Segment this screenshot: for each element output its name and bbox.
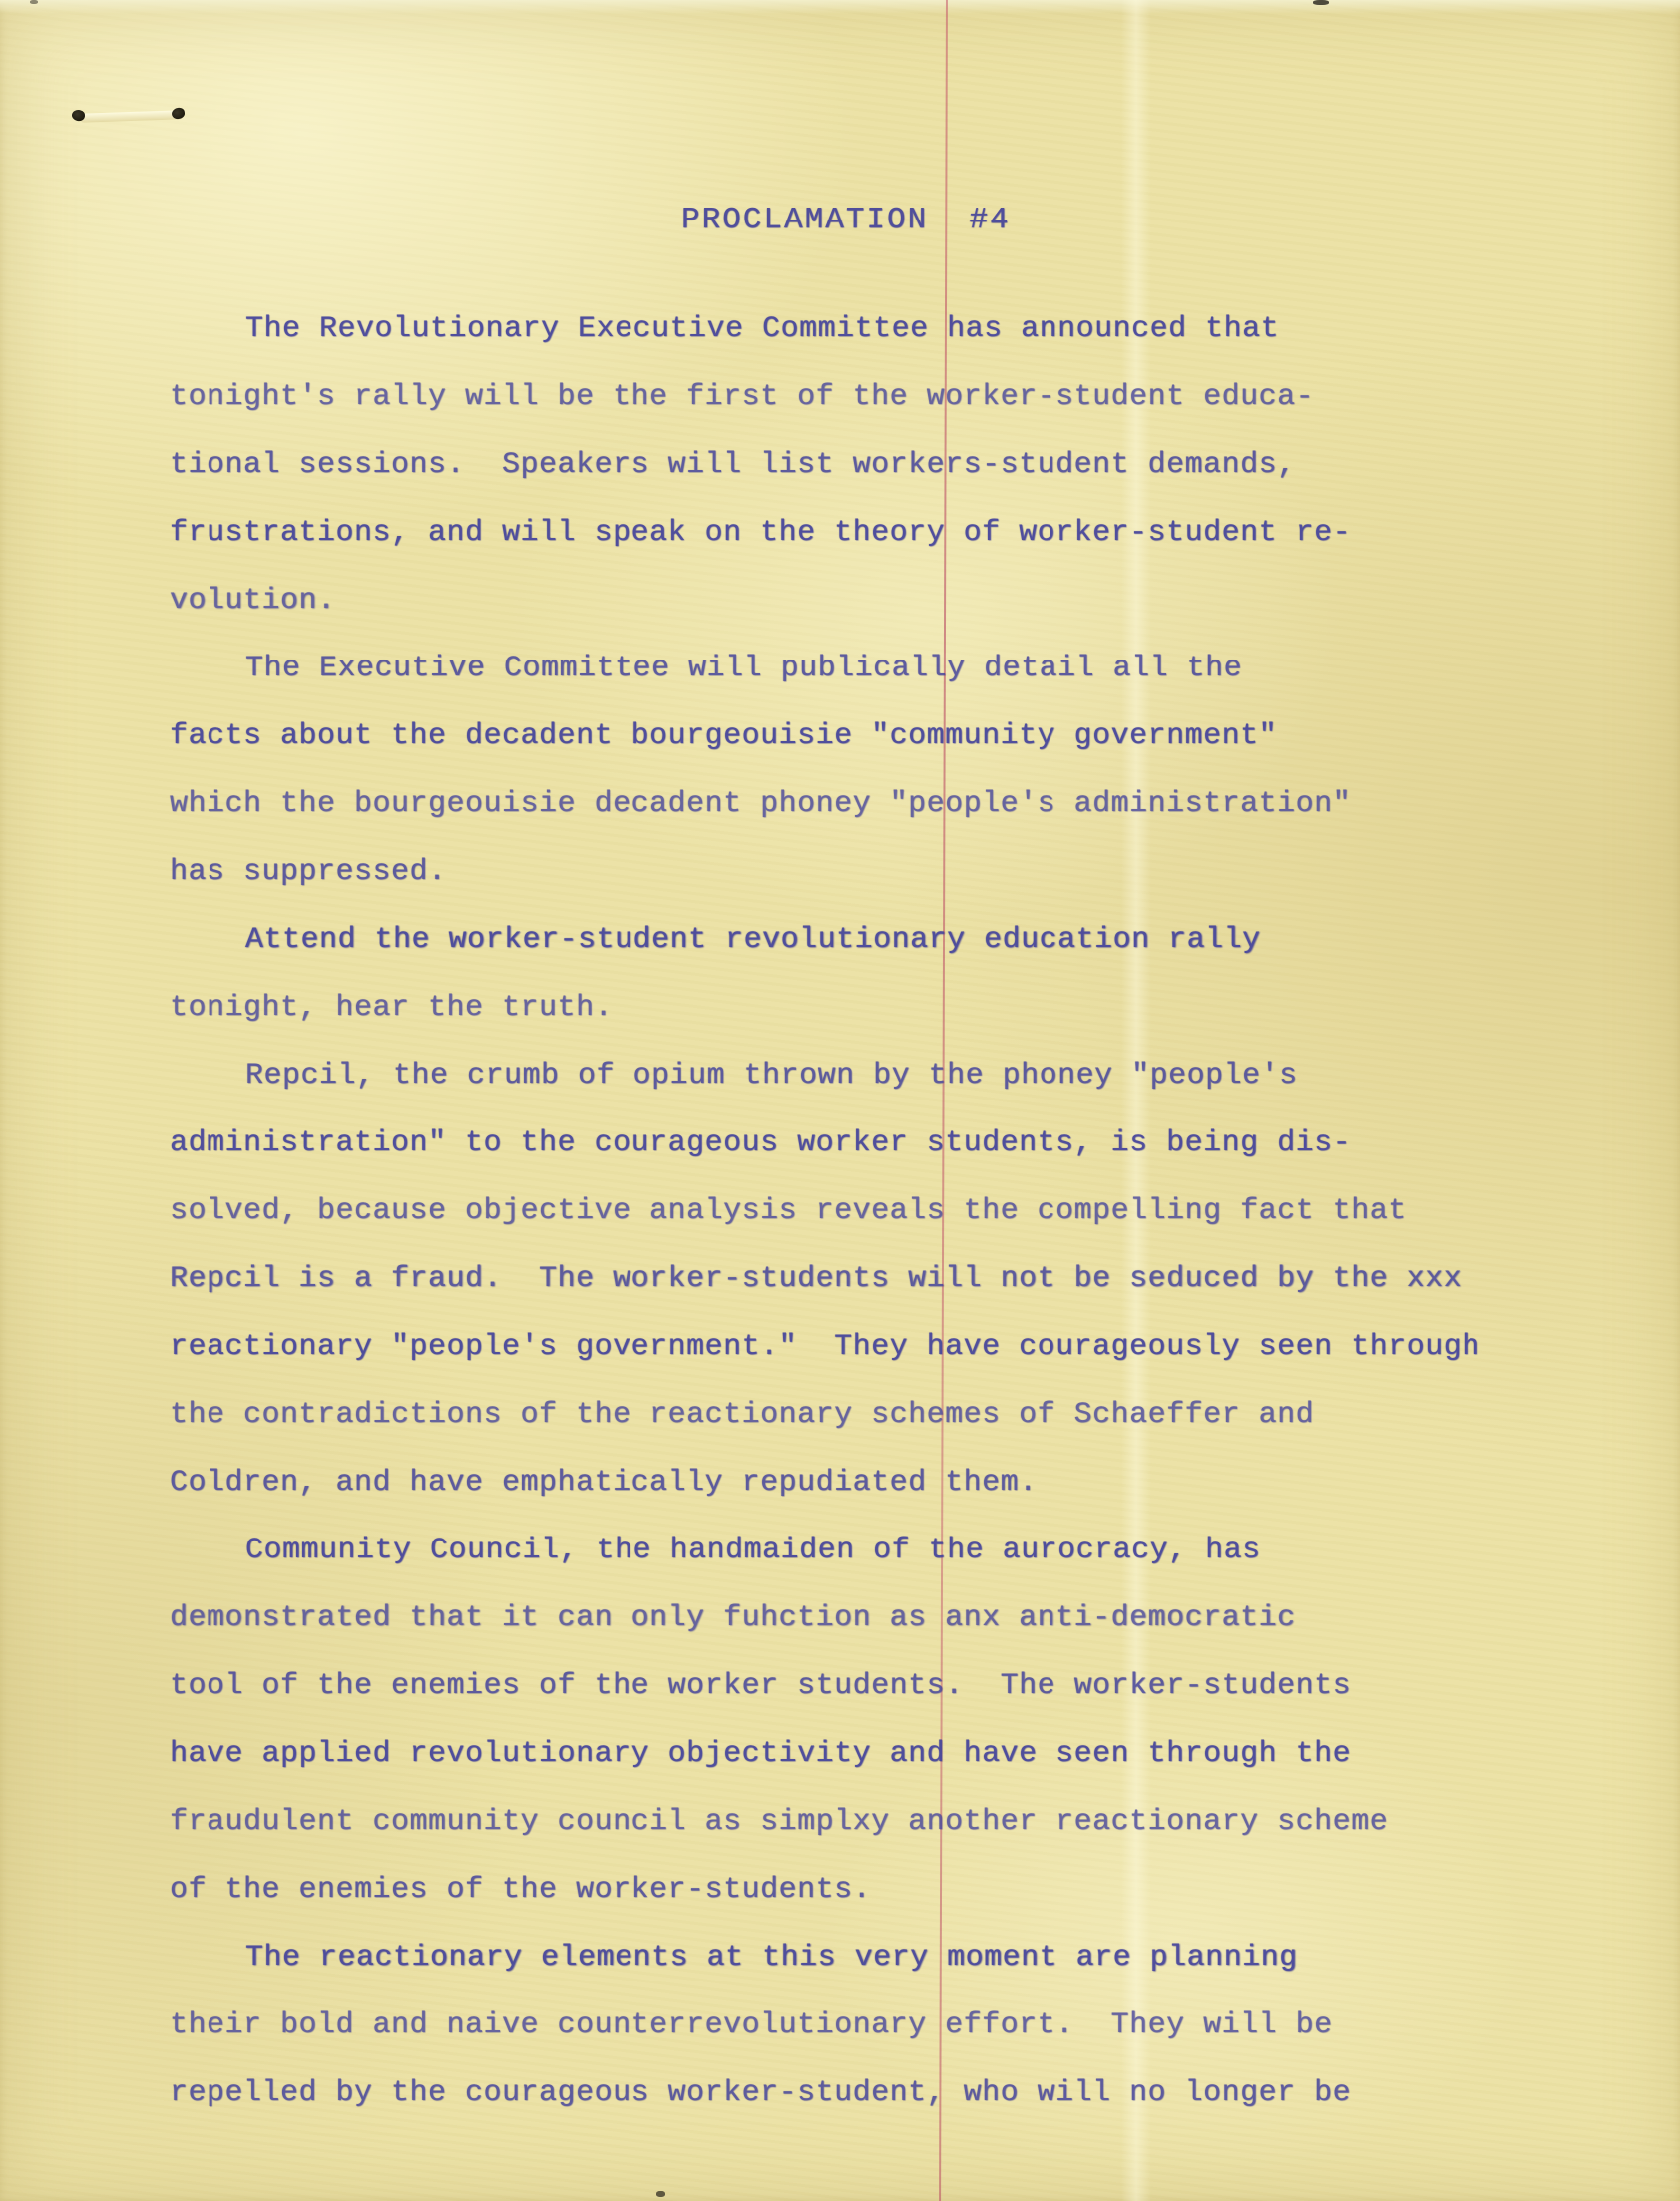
text-line: Community Council, the handmaiden of the… [170,1517,1586,1584]
text-line: The Executive Committee will publically … [170,635,1586,702]
text-line: Coldren, and have emphatically repudiate… [170,1449,1586,1517]
text-line: Repcil, the crumb of opium thrown by the… [170,1042,1586,1109]
text-line: Repcil is a fraud. The worker-students w… [170,1245,1586,1313]
text-line: their bold and naive counterrevolutionar… [170,1991,1586,2059]
staple-bar [80,110,184,123]
text-line: which the bourgeouisie decadent phoney "… [170,770,1586,838]
text-line: of the enemies of the worker-students. [170,1856,1586,1924]
text-line: tonight's rally will be the first of the… [170,363,1586,431]
text-line: the contradictions of the reactionary sc… [170,1381,1586,1449]
text-line: tool of the enemies of the worker studen… [170,1652,1586,1720]
ink-speck [30,0,38,4]
text-line: have applied revolutionary objectivity a… [170,1720,1586,1788]
text-line: The Revolutionary Executive Committee ha… [170,295,1586,363]
staple-mark [72,102,192,128]
text-line: tonight, hear the truth. [170,974,1586,1042]
text-line: tional sessions. Speakers will list work… [170,431,1586,499]
text-line: fraudulent community council as simplxy … [170,1788,1586,1856]
staple-hole-right [171,107,185,120]
text-line: facts about the decadent bourgeouisie "c… [170,702,1586,770]
text-line: demonstrated that it can only fuhction a… [170,1584,1586,1652]
text-line: repelled by the courageous worker-studen… [170,2059,1586,2127]
document-title: PROCLAMATION #4 [681,203,1011,237]
text-line: frustrations, and will speak on the theo… [170,499,1586,567]
text-line: Attend the worker-student revolutionary … [170,906,1586,974]
text-line: administration" to the courageous worker… [170,1109,1586,1177]
text-line: volution. [170,567,1586,635]
text-line: The reactionary elements at this very mo… [170,1924,1586,1991]
text-line: reactionary "people's government." They … [170,1313,1586,1381]
document-body: The Revolutionary Executive Committee ha… [170,295,1586,2127]
ink-speck [656,2191,665,2197]
document-page: PROCLAMATION #4 The Revolutionary Execut… [0,0,1680,2201]
text-line: has suppressed. [170,838,1586,906]
text-line: solved, because objective analysis revea… [170,1177,1586,1245]
ink-speck [1313,0,1329,5]
scan-edge [0,0,1680,14]
